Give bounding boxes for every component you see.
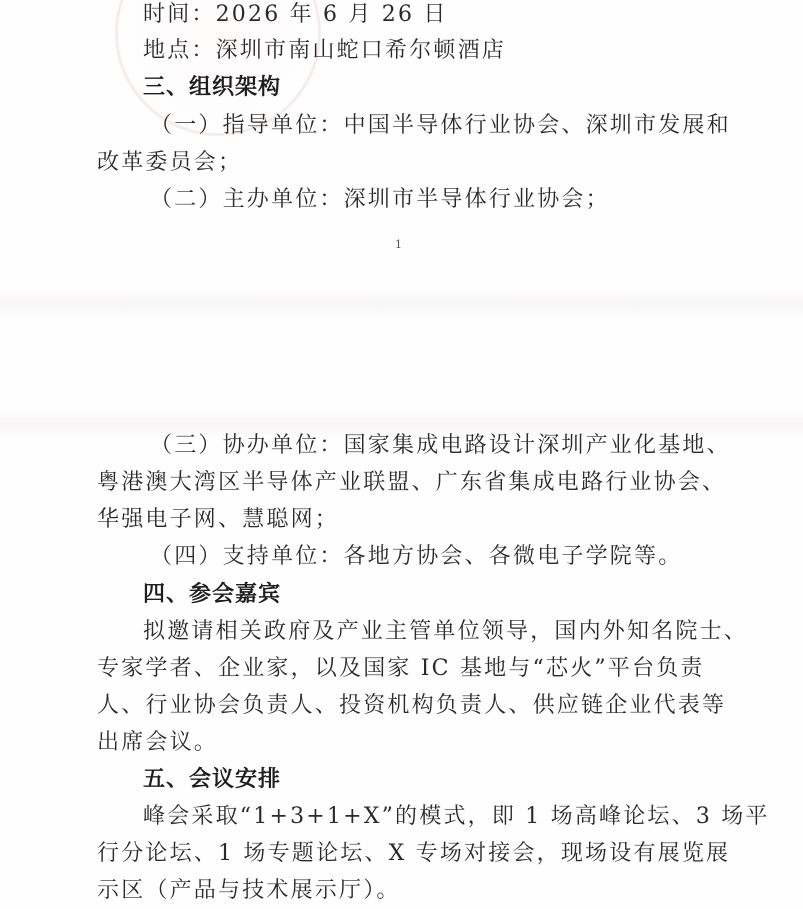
arrangement-line-1: 峰会采取“1+3+1+X”的模式，即 1 场高峰论坛、3 场平 (143, 802, 770, 832)
supporting-units: （四）支持单位：各地方协会、各微电子学院等。 (150, 542, 682, 572)
guests-line-3: 人、行业协会负责人、投资机构负责人、供应链企业代表等 (97, 691, 726, 721)
co-organizer-line-3: 华强电子网、慧聪网； (97, 505, 339, 535)
section-heading-arrangement: 五、会议安排 (143, 765, 281, 795)
host-unit: （二）主办单位：深圳市半导体行业协会； (150, 185, 610, 215)
arrangement-line-2: 行分论坛、1 场专题论坛、X 专场对接会，现场设有展览展 (97, 839, 730, 869)
document-page: 时间：2026 年 6 月 26 日 地点：深圳市南山蛇口希尔顿酒店 三、组织架… (0, 0, 803, 909)
guests-line-4: 出席会议。 (97, 728, 218, 758)
section-heading-guests: 四、参会嘉宾 (143, 580, 281, 610)
co-organizer-line-2: 粤港澳大湾区半导体产业联盟、广东省集成电路行业协会、 (97, 468, 726, 498)
co-organizer-line-1: （三）协办单位：国家集成电路设计深圳产业化基地、 (150, 431, 731, 461)
section-heading-organization: 三、组织架构 (143, 73, 281, 103)
guiding-unit-line-2: 改革委员会； (97, 148, 242, 178)
guiding-unit-line-1: （一）指导单位：中国半导体行业协会、深圳市发展和 (150, 111, 731, 141)
guests-line-1: 拟邀请相关政府及产业主管单位领导，国内外知名院士、 (143, 617, 748, 647)
meeting-place: 地点：深圳市南山蛇口希尔顿酒店 (143, 36, 506, 66)
guests-line-2: 专家学者、企业家，以及国家 IC 基地与“芯火”平台负责 (97, 654, 705, 684)
meeting-time: 时间：2026 年 6 月 26 日 (143, 0, 448, 30)
arrangement-line-3: 示区（产品与技术展示厅）。 (97, 876, 401, 906)
bleed-through-band (0, 290, 803, 316)
page-number: 1 (395, 238, 402, 251)
